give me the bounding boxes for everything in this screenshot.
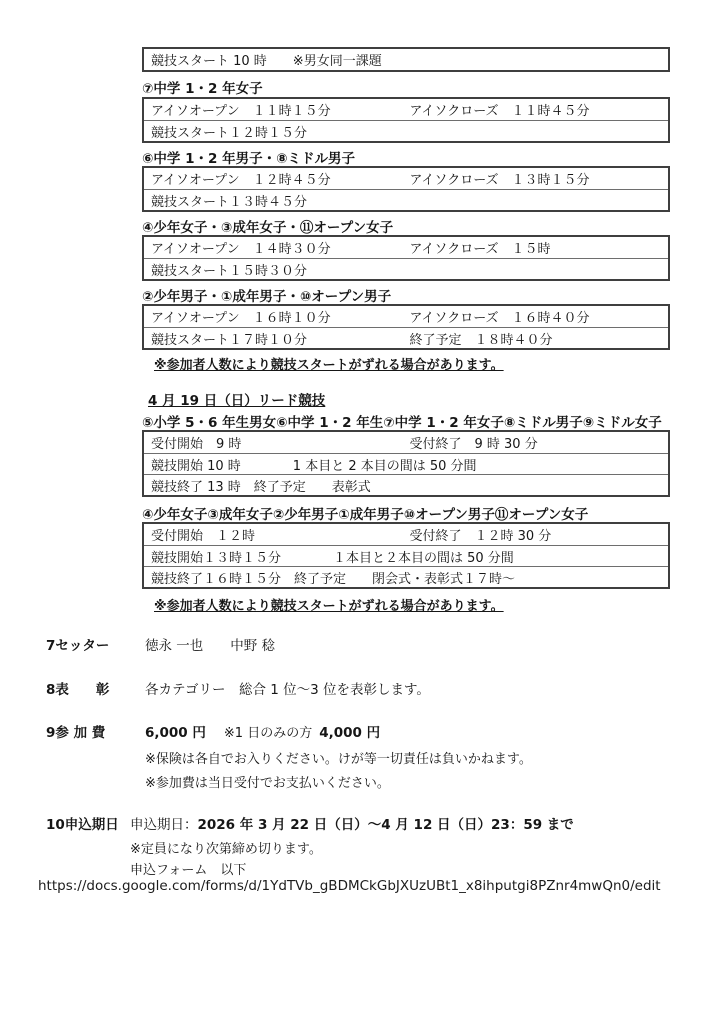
schedule-table-jhs-girls: アイソオープン １１時１５分 アイソクローズ １１時４５分 競技スタート１２時１… bbox=[142, 97, 670, 143]
table-row: 競技スタート１３時４５分 bbox=[144, 189, 668, 210]
award-text: 各カテゴリー 総合 1 位～3 位を表彰します。 bbox=[145, 678, 430, 698]
lead-group1-table: 受付開始 9 時 受付終了 9 時 30 分 競技開始 10 時 1 本目と 2… bbox=[142, 430, 670, 497]
setter-names: 徳永 一也 中野 稔 bbox=[145, 634, 275, 654]
table-row: 競技終了 13 時 終了予定 表彰式 bbox=[144, 474, 668, 495]
application-form-url[interactable]: https://docs.google.com/forms/d/1YdTVb_g… bbox=[38, 878, 661, 894]
table-row: アイソオープン １１時１５分 アイソクローズ １１時４５分 bbox=[144, 99, 668, 120]
fee-one-day-prefix: ※1 日のみの方 bbox=[224, 722, 312, 741]
table-row: 競技スタート 10 時 ※男女同一課題 bbox=[144, 49, 668, 70]
iso-open-cell: アイソオープン １４時３０分 bbox=[151, 238, 410, 257]
end-time-cell: 終了予定 １８時４０分 bbox=[410, 329, 669, 348]
table-row: 競技スタート１５時３０分 bbox=[144, 258, 668, 279]
category-heading-jhs-girls: ⑦中学 1・2 年女子 bbox=[142, 77, 670, 97]
section-award: 8表 彰 各カテゴリー 総合 1 位～3 位を表彰します。 bbox=[46, 678, 430, 698]
table-row: 競技スタート１２時１５分 bbox=[144, 120, 668, 141]
section-deadline: 10申込期日 申込期日： 2026 年 3 月 22 日（日）～4 月 12 日… bbox=[46, 813, 574, 833]
reception-open-cell: 受付開始 9 時 bbox=[151, 433, 410, 452]
table-row: 競技スタート１７時１０分 終了予定 １８時４０分 bbox=[144, 327, 668, 348]
iso-open-cell: アイソオープン １１時１５分 bbox=[151, 100, 410, 119]
category-heading-jhs-boys-middle-men: ⑥中学 1・2 年男子・⑧ミドル男子 bbox=[142, 147, 670, 167]
category-heading-women-open: ④少年女子・③成年女子・⑪オープン女子 bbox=[142, 216, 670, 236]
lead-group2-heading: ④少年女子③成年女子②少年男子①成年男子⑩オープン男子⑪オープン女子 bbox=[142, 503, 670, 523]
fee-payment-note: ※参加費は当日受付でお支払いください。 bbox=[145, 772, 390, 791]
schedule-table-jhs-boys-middle-men: アイソオープン １２時４５分 アイソクローズ １３時１５分 競技スタート１３時４… bbox=[142, 166, 670, 212]
fee-insurance-note: ※保険は各自でお入りください。けが等一切責任は負いかねます。 bbox=[145, 748, 532, 767]
start-time-cell: 競技スタート１３時４５分 bbox=[151, 191, 410, 210]
start-time-cell: 競技スタート 10 時 ※男女同一課題 bbox=[151, 50, 410, 69]
category-heading-men-open: ②少年男子・①成年男子・⑩オープン男子 bbox=[142, 285, 670, 305]
fee-one-day-amount: 4,000 円 bbox=[319, 721, 380, 741]
comp-end-cell: 競技終了 13 時 終了予定 表彰式 bbox=[151, 476, 668, 495]
table-row: アイソオープン １６時１０分 アイソクローズ １６時４０分 bbox=[144, 306, 668, 327]
iso-close-cell: アイソクローズ １３時１５分 bbox=[410, 169, 669, 188]
document-page: 競技スタート 10 時 ※男女同一課題 ⑦中学 1・2 年女子 アイソオープン … bbox=[0, 0, 724, 1024]
table-row: 受付開始 １２時 受付終了 １２時 30 分 bbox=[144, 524, 668, 545]
deadline-capacity-note: ※定員になり次第締め切ります。 bbox=[130, 838, 322, 857]
fee-section-label: 9参 加 費 bbox=[46, 721, 145, 741]
table-row: 受付開始 9 時 受付終了 9 時 30 分 bbox=[144, 432, 668, 453]
deadline-prefix: 申込期日： bbox=[130, 813, 198, 833]
iso-open-cell: アイソオープン １２時４５分 bbox=[151, 169, 410, 188]
start-time-cell: 競技スタート１７時１０分 bbox=[151, 329, 410, 348]
comp-start-cell: 競技開始１３時１５分 １本目と２本目の間は 50 分間 bbox=[151, 547, 668, 566]
lead-start-shift-note: ※参加者人数により競技スタートがずれる場合があります。 bbox=[154, 595, 682, 614]
schedule-table-women-open: アイソオープン １４時３０分 アイソクローズ １５時 競技スタート１５時３０分 bbox=[142, 235, 670, 281]
boulder-start-shift-note: ※参加者人数により競技スタートがずれる場合があります。 bbox=[154, 354, 682, 373]
schedule-table-men-open: アイソオープン １６時１０分 アイソクローズ １６時４０分 競技スタート１７時１… bbox=[142, 304, 670, 350]
table-row: アイソオープン １２時４５分 アイソクローズ １３時１５分 bbox=[144, 168, 668, 189]
award-section-label: 8表 彰 bbox=[46, 678, 145, 698]
fee-amount: 6,000 円 bbox=[145, 721, 206, 741]
setter-section-label: 7セッター bbox=[46, 634, 145, 654]
table-row: 競技終了１６時１５分 終了予定 閉会式・表彰式１７時～ bbox=[144, 566, 668, 587]
reception-close-cell: 受付終了 9 時 30 分 bbox=[410, 433, 669, 452]
iso-close-cell: アイソクローズ １１時４５分 bbox=[410, 100, 669, 119]
comp-start-cell: 競技開始 10 時 1 本目と 2 本目の間は 50 分間 bbox=[151, 455, 668, 474]
reception-close-cell: 受付終了 １２時 30 分 bbox=[410, 525, 669, 544]
section-setter: 7セッター 徳永 一也 中野 稔 bbox=[46, 634, 275, 654]
table-row: アイソオープン １４時３０分 アイソクローズ １５時 bbox=[144, 237, 668, 258]
deadline-period: 2026 年 3 月 22 日（日）～4 月 12 日（日）23：59 まで bbox=[198, 813, 574, 833]
application-form-label: 申込フォーム 以下 bbox=[130, 859, 246, 878]
iso-close-cell: アイソクローズ １６時４０分 bbox=[410, 307, 669, 326]
table-row: 競技開始１３時１５分 １本目と２本目の間は 50 分間 bbox=[144, 545, 668, 566]
lead-group1-heading: ⑤小学 5・6 年生男女⑥中学 1・2 年生⑦中学 1・2 年女子⑧ミドル男子⑨… bbox=[142, 411, 670, 431]
table-row: 競技開始 10 時 1 本目と 2 本目の間は 50 分間 bbox=[144, 453, 668, 474]
deadline-section-label: 10申込期日 bbox=[46, 813, 130, 833]
iso-close-cell: アイソクローズ １５時 bbox=[410, 238, 669, 257]
start-time-cell: 競技スタート１５時３０分 bbox=[151, 260, 410, 279]
lead-group2-table: 受付開始 １２時 受付終了 １２時 30 分 競技開始１３時１５分 １本目と２本… bbox=[142, 522, 670, 589]
boulder-start-table: 競技スタート 10 時 ※男女同一課題 bbox=[142, 47, 670, 72]
reception-open-cell: 受付開始 １２時 bbox=[151, 525, 410, 544]
section-fee: 9参 加 費 6,000 円 ※1 日のみの方 4,000 円 bbox=[46, 721, 380, 741]
lead-day-title: 4 月 19 日（日）リード競技 bbox=[148, 389, 676, 409]
start-time-cell: 競技スタート１２時１５分 bbox=[151, 122, 410, 141]
comp-end-cell: 競技終了１６時１５分 終了予定 閉会式・表彰式１７時～ bbox=[151, 568, 668, 587]
iso-open-cell: アイソオープン １６時１０分 bbox=[151, 307, 410, 326]
